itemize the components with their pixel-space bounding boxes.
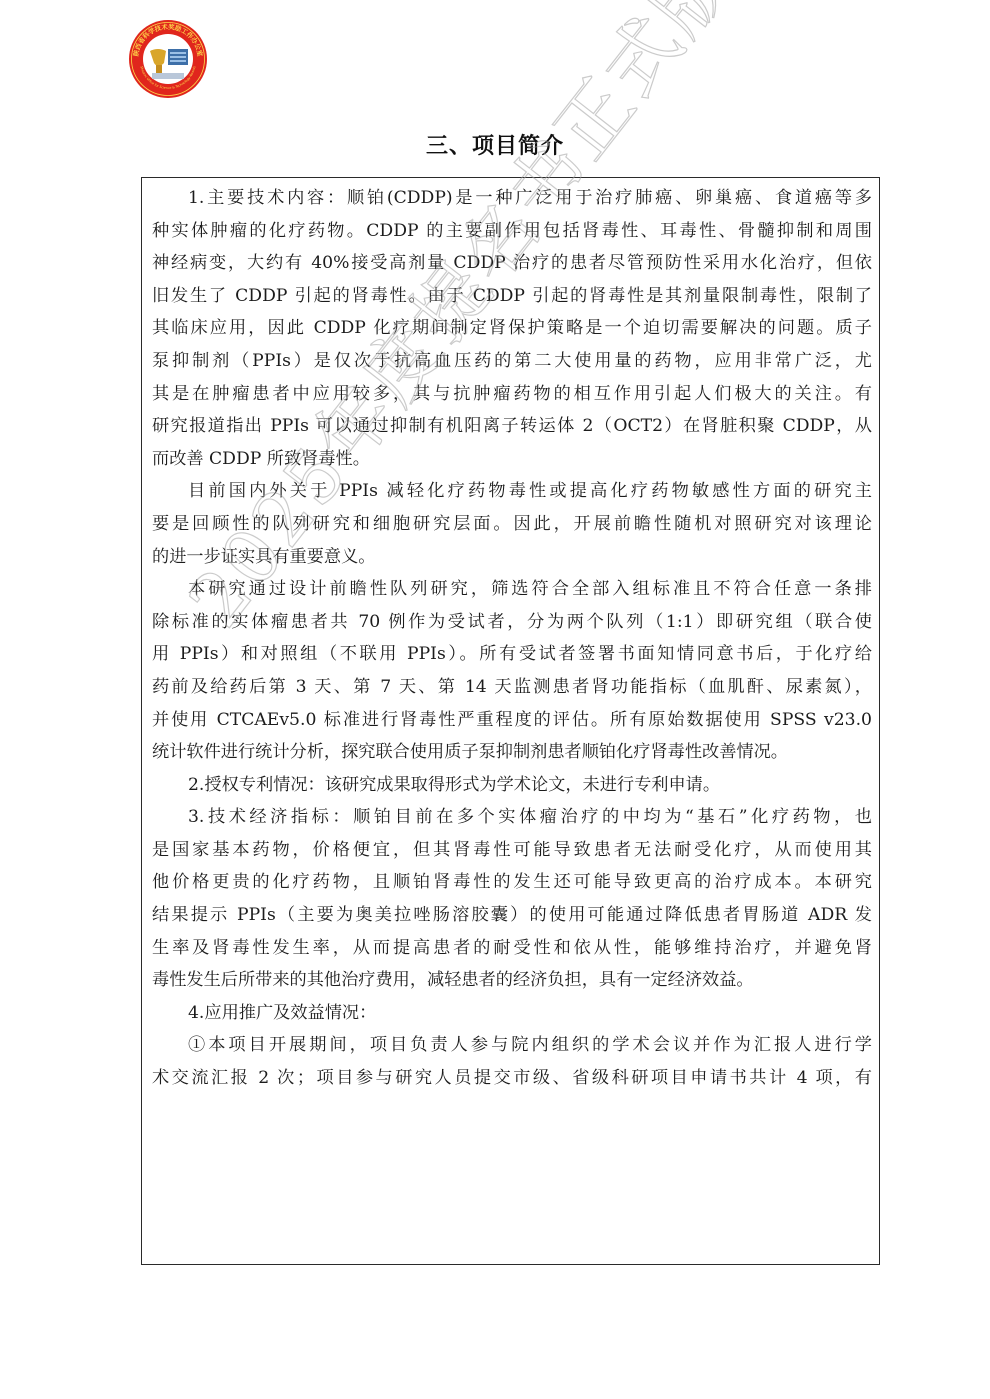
text-line: 种实体肿瘤的化疗药物。CDDP 的主要副作用包括肾毒性、耳毒性、骨髓抑制和周围 bbox=[152, 215, 872, 248]
text-line: ①本项目开展期间，项目负责人参与院内组织的学术会议并作为汇报人进行学 bbox=[152, 1029, 872, 1062]
text-line: 毒性发生后所带来的其他治疗费用，减轻患者的经济负担，具有一定经济效益。 bbox=[152, 964, 872, 997]
text-line: 并使用 CTCAEv5.0 标准进行肾毒性严重程度的评估。所有原始数据使用 SP… bbox=[152, 704, 872, 737]
text-line: 泵抑制剂（PPIs）是仅次于抗高血压药的第二大使用量的药物，应用非常广泛，尤 bbox=[152, 345, 872, 378]
text-line: 1.主要技术内容：顺铂(CDDP)是一种广泛用于治疗肺癌、卵巢癌、食道癌等多 bbox=[152, 182, 872, 215]
text-line: 药前及给药后第 3 天、第 7 天、第 14 天监测患者肾功能指标（血肌酐、尿素… bbox=[152, 671, 872, 704]
text-line: 除标准的实体瘤患者共 70 例作为受试者，分为两个队列（1:1）即研究组（联合使 bbox=[152, 606, 872, 639]
text-line: 其是在肿瘤患者中应用较多，其与抗肿瘤药物的相互作用引起人们极大的关注。有 bbox=[152, 378, 872, 411]
text-line: 本研究通过设计前瞻性队列研究，筛选符合全部入组标准且不符合任意一条排 bbox=[152, 573, 872, 606]
text-line: 神经病变，大约有 40%接受高剂量 CDDP 治疗的患者尽管预防性采用水化治疗，… bbox=[152, 247, 872, 280]
text-line: 生率及肾毒性发生率，从而提高患者的耐受性和依从性，能够维持治疗，并避免肾 bbox=[152, 932, 872, 965]
text-line: 是国家基本药物，价格便宜，但其肾毒性可能导致患者无法耐受化疗，从而使用其 bbox=[152, 834, 872, 867]
text-line: 其临床应用，因此 CDDP 化疗期间制定肾保护策略是一个迫切需要解决的问题。质子 bbox=[152, 312, 872, 345]
project-summary-body: 1.主要技术内容：顺铂(CDDP)是一种广泛用于治疗肺癌、卵巢癌、食道癌等多种实… bbox=[152, 182, 872, 1095]
text-line: 目前国内外关于 PPIs 减轻化疗药物毒性或提高化疗药物敏感性方面的研究主 bbox=[152, 475, 872, 508]
text-line: 他价格更贵的化疗药物，且顺铂肾毒性的发生还可能导致更高的治疗成本。本研究 bbox=[152, 866, 872, 899]
text-line: 3.技术经济指标：顺铂目前在多个实体瘤治疗的中均为“基石”化疗药物，也 bbox=[152, 801, 872, 834]
text-line: 要是回顾性的队列研究和细胞研究层面。因此，开展前瞻性随机对照研究对该理论 bbox=[152, 508, 872, 541]
text-line: 研究报道指出 PPIs 可以通过抑制有机阳离子转运体 2（OCT2）在肾脏积聚 … bbox=[152, 410, 872, 443]
text-line: 统计软件进行统计分析，探究联合使用质子泵抑制剂患者顺铂化疗肾毒性改善情况。 bbox=[152, 736, 872, 769]
text-line: 用 PPIs）和对照组（不联用 PPIs）。所有受试者签署书面知情同意书后，于化… bbox=[152, 638, 872, 671]
text-line: 结果提示 PPIs（主要为奥美拉唑肠溶胶囊）的使用可能通过降低患者胃肠道 ADR… bbox=[152, 899, 872, 932]
text-line: 术交流汇报 2 次；项目参与研究人员提交市级、省级科研项目申请书共计 4 项，有 bbox=[152, 1062, 872, 1095]
text-line: 旧发生了 CDDP 引起的肾毒性。由于 CDDP 引起的肾毒性是其剂量限制毒性，… bbox=[152, 280, 872, 313]
text-line: 而改善 CDDP 所致肾毒性。 bbox=[152, 443, 872, 476]
text-line: 2.授权专利情况：该研究成果取得形式为学术论文，未进行专利申请。 bbox=[152, 769, 872, 802]
seal-graphic: 陕西省科学技术奖励工作办公室 Shaanxi Office for Scienc… bbox=[128, 19, 208, 99]
organization-seal-icon: 陕西省科学技术奖励工作办公室 Shaanxi Office for Scienc… bbox=[128, 19, 208, 99]
page-title: 三、项目简介 bbox=[0, 129, 990, 160]
text-line: 的进一步证实具有重要意义。 bbox=[152, 541, 872, 574]
text-line: 4.应用推广及效益情况： bbox=[152, 997, 872, 1030]
